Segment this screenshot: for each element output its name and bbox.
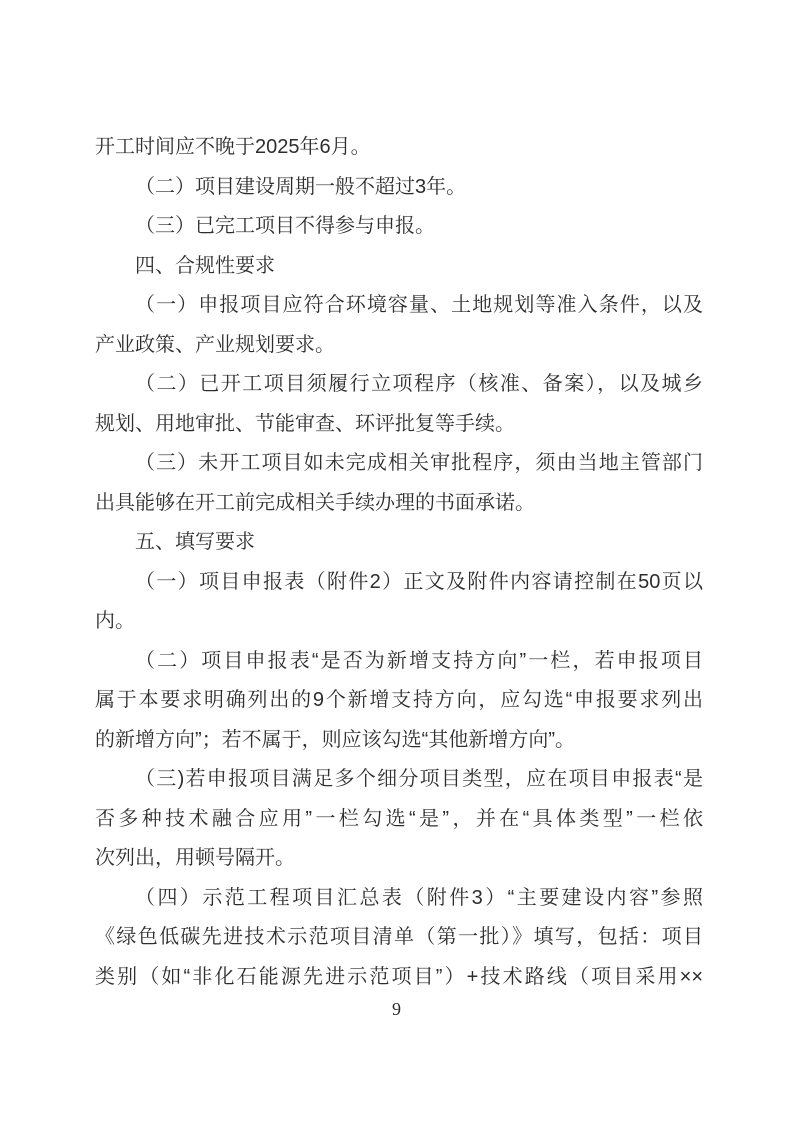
text-line: 五、填写要求 — [95, 523, 703, 563]
text-line: 的新增方向”；若不属于，则应该勾选“其他新增方向”。 — [95, 721, 703, 761]
text-line: （一）申报项目应符合环境容量、土地规划等准入条件，以及 — [95, 286, 703, 326]
text-line: （三）已完工项目不得参与申报。 — [95, 207, 703, 247]
text-line: 产业政策、产业规划要求。 — [95, 326, 703, 366]
text-line: （二）项目申报表“是否为新增支持方向”一栏，若申报项目 — [95, 642, 703, 682]
document-body: 开工时间应不晚于2025年6月。（二）项目建设周期一般不超过3年。（三）已完工项… — [95, 128, 703, 997]
text-line: 开工时间应不晚于2025年6月。 — [95, 128, 703, 168]
text-line: （二）项目建设周期一般不超过3年。 — [95, 168, 703, 208]
text-line: （一）项目申报表（附件2）正文及附件内容请控制在50页以 — [95, 563, 703, 603]
text-line: 内。 — [95, 602, 703, 642]
text-line: （四）示范工程项目汇总表（附件3）“主要建设内容”参照 — [95, 879, 703, 919]
text-line: 四、合规性要求 — [95, 247, 703, 287]
text-line: 规划、用地审批、节能审查、环评批复等手续。 — [95, 405, 703, 445]
document-page: 开工时间应不晚于2025年6月。（二）项目建设周期一般不超过3年。（三）已完工项… — [0, 0, 793, 1122]
text-line: 属于本要求明确列出的9个新增支持方向，应勾选“申报要求列出 — [95, 681, 703, 721]
text-line: 类别（如“非化石能源先进示范项目”）+技术路线（项目采用×× — [95, 958, 703, 998]
text-line: （二）已开工项目须履行立项程序（核准、备案），以及城乡 — [95, 365, 703, 405]
page-number: 9 — [0, 999, 793, 1020]
text-line: 否多种技术融合应用”一栏勾选“是”，并在“具体类型”一栏依 — [95, 800, 703, 840]
text-line: 《绿色低碳先进技术示范项目清单（第一批）》填写，包括：项目 — [95, 918, 703, 958]
text-line: （三)若申报项目满足多个细分项目类型，应在项目申报表“是 — [95, 760, 703, 800]
text-line: （三）未开工项目如未完成相关审批程序，须由当地主管部门 — [95, 444, 703, 484]
text-line: 出具能够在开工前完成相关手续办理的书面承诺。 — [95, 484, 703, 524]
text-line: 次列出，用顿号隔开。 — [95, 839, 703, 879]
